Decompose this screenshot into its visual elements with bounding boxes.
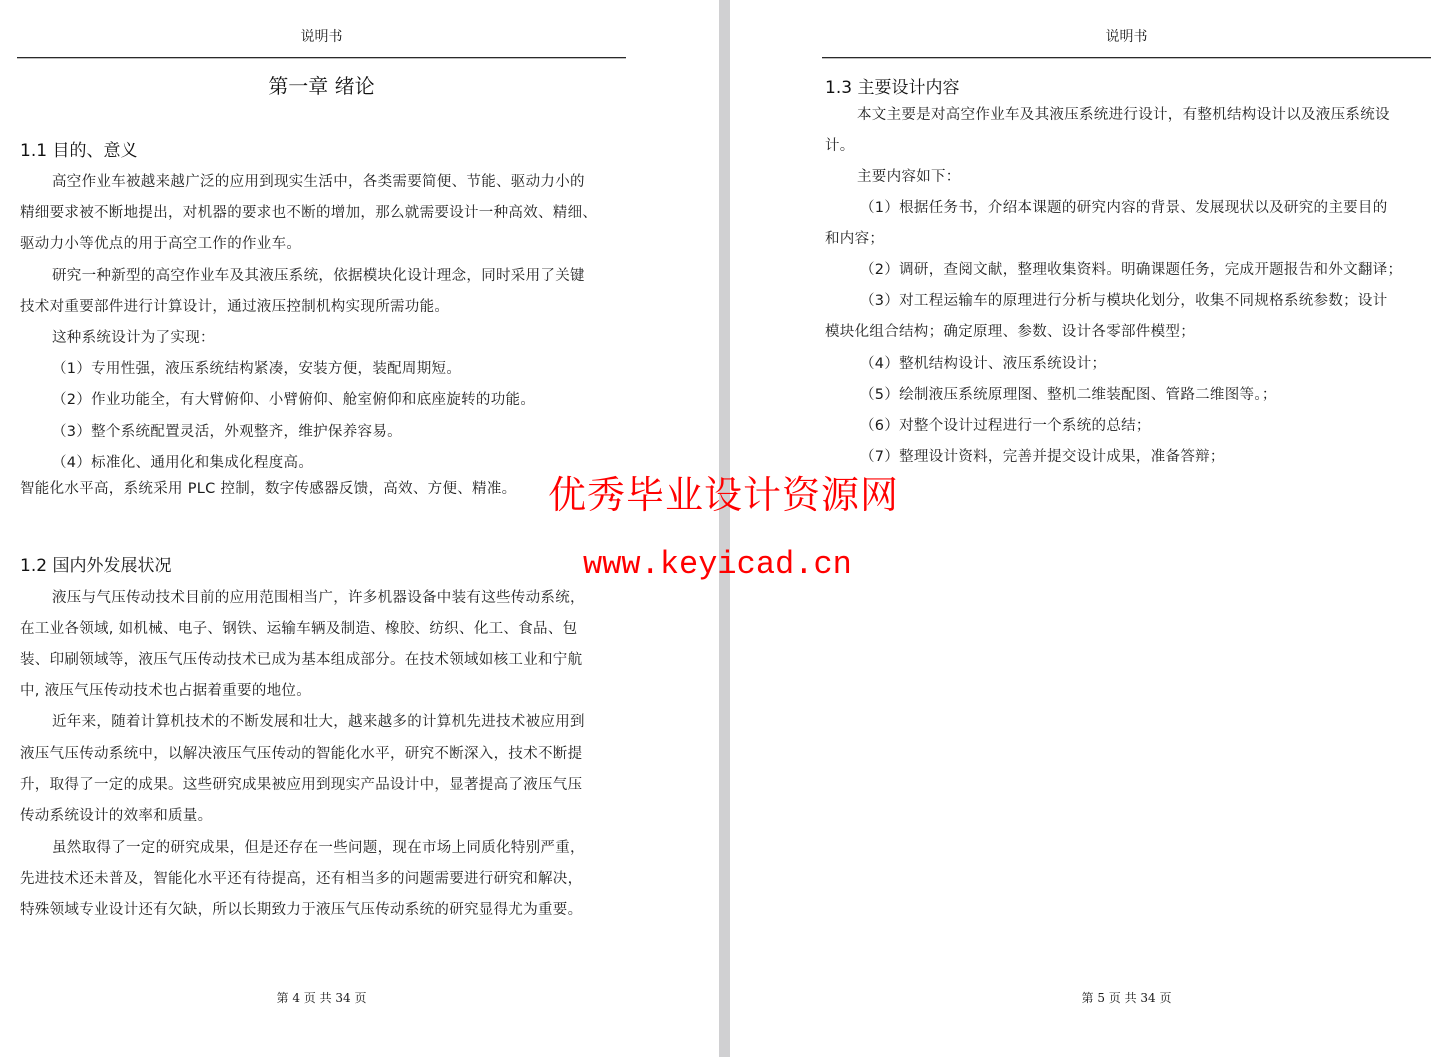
paragraph-line: 液压气压传动系统中，以解决液压气压传动的智能化水平，研究不断深入，技术不断提 (20, 744, 582, 764)
paragraph-line: 在工业各领域, 如机械、电子、钢铁、运输车辆及制造、橡胶、纺织、化工、食品、包 (20, 619, 577, 639)
list-item: （7）整理设计资料，完善并提交设计成果，准备答辩； (860, 447, 1225, 467)
paragraph-line: 驱动力小等优点的用于高空工作的作业车。 (20, 234, 301, 254)
paragraph-line: 主要内容如下： (857, 167, 961, 187)
page-footer: 第 5 页 共 34 页 (822, 989, 1431, 1006)
list-item-continuation: 模块化组合结构；确定原理、参数、设计各零部件模型； (825, 322, 1195, 342)
paragraph-line: 这种系统设计为了实现： (52, 328, 215, 348)
header-rule (822, 57, 1431, 58)
paragraph-line: 中, 液压气压传动技术也占据着重要的地位。 (20, 681, 311, 701)
list-item: （4）标准化、通用化和集成化程度高。 (52, 453, 313, 473)
list-item-continuation: 和内容； (825, 229, 884, 249)
document-page-5: 说明书 1.3 主要设计内容 本文主要是对高空作业车及其液压系统进行设计，有整机… (730, 0, 1448, 1057)
list-item: （4）整机结构设计、液压系统设计； (860, 354, 1106, 374)
paragraph-line: 特殊领域专业设计还有欠缺，所以长期致力于液压气压传动系统的研究显得尤为重要。 (20, 900, 582, 920)
watermark-url: www.keyicad.cn (583, 545, 852, 585)
paragraph-line: 装、印刷领域等，液压气压传动技术已成为基本组成部分。在技术领域如核工业和宁航 (20, 650, 582, 670)
section-heading-1-1: 1.1 目的、意义 (20, 136, 137, 161)
section-heading-1-3: 1.3 主要设计内容 (825, 73, 959, 98)
paragraph-line: 研究一种新型的高空作业车及其液压系统，依据模块化设计理念，同时采用了关键 (52, 266, 585, 286)
paragraph-line: 智能化水平高，系统采用 PLC 控制，数字传感器反馈，高效、方便、精准。 (20, 479, 516, 499)
watermark-title: 优秀毕业设计资源网 (548, 471, 899, 519)
paragraph-line: 传动系统设计的效率和质量。 (20, 806, 212, 826)
paragraph-line: 高空作业车被越来越广泛的应用到现实生活中，各类需要简便、节能、驱动力小的 (52, 172, 585, 192)
page-separator (719, 0, 730, 1057)
paragraph-line: 先进技术还未普及，智能化水平还有待提高，还有相当多的问题需要进行研究和解决， (20, 869, 582, 889)
paragraph-line: 液压与气压传动技术目前的应用范围相当广，许多机器设备中装有这些传动系统， (52, 588, 585, 608)
running-header: 说明书 (17, 26, 626, 46)
list-item: （3）对工程运输车的原理进行分析与模块化划分，收集不同规格系统参数；设计 (860, 291, 1388, 311)
paragraph-line: 精细要求被不断地提出，对机器的要求也不断的增加，那么就需要设计一种高效、精细、 (20, 203, 597, 223)
paragraph-line: 近年来，随着计算机技术的不断发展和壮大，越来越多的计算机先进技术被应用到 (52, 712, 585, 732)
list-item: （5）绘制液压系统原理图、整机二维装配图、管路二维图等。； (860, 385, 1277, 405)
page-footer: 第 4 页 共 34 页 (17, 989, 626, 1006)
paragraph-line: 升，取得了一定的成果。这些研究成果被应用到现实产品设计中，显著提高了液压气压 (20, 775, 582, 795)
running-header: 说明书 (822, 26, 1431, 46)
paragraph-line: 本文主要是对高空作业车及其液压系统进行设计，有整机结构设计以及液压系统设 (857, 105, 1390, 125)
section-heading-1-2: 1.2 国内外发展状况 (20, 551, 171, 576)
list-item: （1）专用性强，液压系统结构紧凑，安装方便，装配周期短。 (52, 359, 461, 379)
list-item: （2）调研，查阅文献，整理收集资料。明确课题任务，完成开题报告和外文翻译； (860, 260, 1402, 280)
chapter-title: 第一章 绪论 (17, 70, 626, 99)
list-item: （1）根据任务书，介绍本课题的研究内容的背景、发展现状以及研究的主要目的 (860, 198, 1388, 218)
document-page-4: 说明书 第一章 绪论 1.1 目的、意义 高空作业车被越来越广泛的应用到现实生活… (0, 0, 719, 1057)
list-item: （6）对整个设计过程进行一个系统的总结； (860, 416, 1151, 436)
paragraph-line: 计。 (825, 136, 855, 156)
list-item: （2）作业功能全，有大臂俯仰、小臂俯仰、舱室俯仰和底座旋转的功能。 (52, 390, 535, 410)
list-item: （3）整个系统配置灵活，外观整齐，维护保养容易。 (52, 422, 402, 442)
paragraph-line: 虽然取得了一定的研究成果，但是还存在一些问题，现在市场上同质化特别严重， (52, 838, 585, 858)
header-rule (17, 57, 626, 58)
paragraph-line: 技术对重要部件进行计算设计，通过液压控制机构实现所需功能。 (20, 297, 449, 317)
